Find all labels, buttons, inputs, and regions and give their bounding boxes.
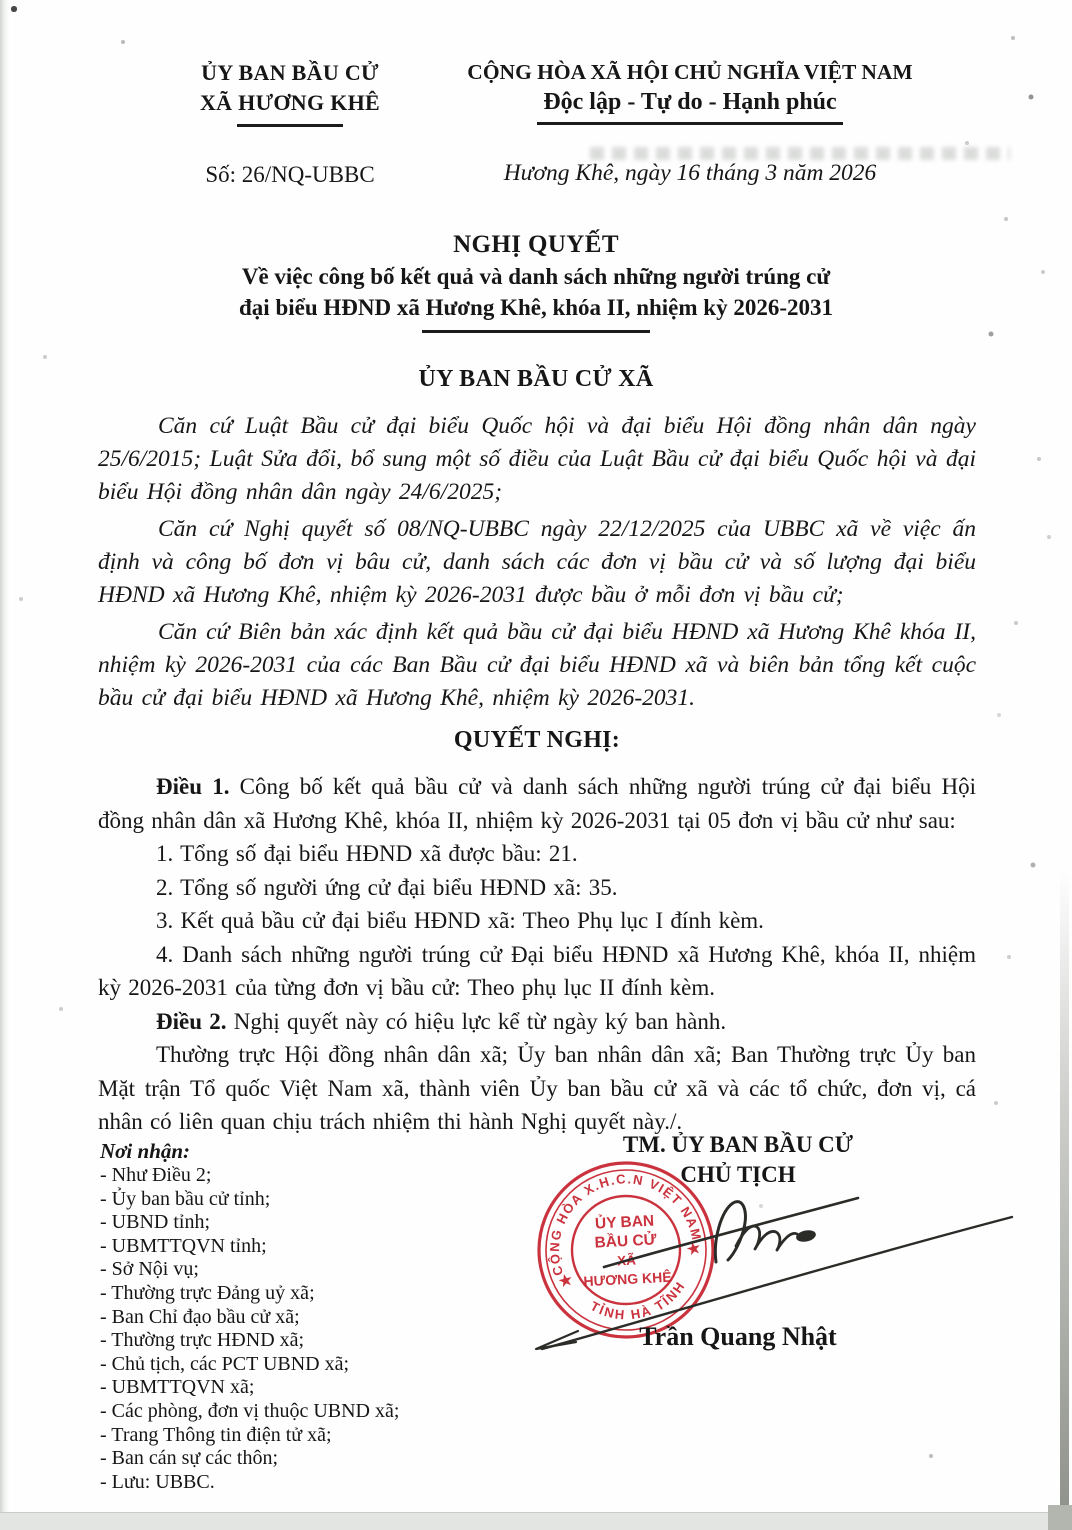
preamble-paragraph: Căn cứ Luật Bầu cử đại biểu Quốc hội và … — [98, 410, 976, 509]
document-number: Số: 26/NQ-UBBC — [150, 162, 430, 188]
issuing-authority: ỦY BAN BẦU CỬ XÃ — [116, 366, 956, 393]
article-1-label: Điều 1. — [156, 774, 229, 799]
document-page: ỦY BAN BẦU CỬ XÃ HƯƠNG KHÊ Số: 26/NQ-UBB… — [0, 0, 1072, 1530]
page-bottom-edge — [0, 1512, 1072, 1530]
recipient-item: - Thường trực HĐND xã; — [100, 1329, 520, 1353]
subject-line1: Về việc công bố kết quả và danh sách nhữ… — [116, 261, 956, 292]
subject-line2: đại biểu HĐND xã Hương Khê, khóa II, nhi… — [116, 292, 956, 323]
article-1-item: 4. Danh sách những người trúng cử Đại bi… — [98, 938, 976, 1005]
preamble-paragraph: Căn cứ Nghị quyết số 08/NQ-UBBC ngày 22/… — [98, 513, 976, 612]
recipient-item: - Ban cán sự các thôn; — [100, 1447, 520, 1471]
recipient-item: - Trang Thông tin điện tử xã; — [100, 1424, 520, 1448]
preamble-paragraph: Căn cứ Biên bản xác định kết quả bầu cử … — [98, 616, 976, 715]
recipient-item: - UBMTTQVN tỉnh; — [100, 1235, 520, 1259]
recipient-item: - Chủ tịch, các PCT UBND xã; — [100, 1353, 520, 1377]
page-left-edge-shadow — [0, 0, 9, 1530]
recipient-item: - Lưu: UBBC. — [100, 1471, 520, 1495]
page-bottom-corner — [1048, 1505, 1072, 1530]
recipient-item: - Ủy ban bầu cử tỉnh; — [100, 1188, 520, 1212]
title-underline — [422, 330, 650, 333]
recipient-item: - Thường trực Đảng uỷ xã; — [100, 1282, 520, 1306]
article-2: Điều 2. Nghị quyết này có hiệu lực kể từ… — [98, 1005, 976, 1039]
title-block: NGHỊ QUYẾT Về việc công bố kết quả và da… — [116, 228, 956, 333]
implementation-paragraph: Thường trực Hội đồng nhân dân xã; Ủy ban… — [98, 1038, 976, 1139]
issuer-name-line2: XÃ HƯƠNG KHÊ — [150, 88, 430, 118]
page-right-edge-shadow — [1060, 870, 1069, 1512]
issuer-block: ỦY BAN BẦU CỬ XÃ HƯƠNG KHÊ — [150, 58, 430, 127]
recipient-item: - Các phòng, đơn vị thuộc UBND xã; — [100, 1400, 520, 1424]
national-motto: Độc lập - Tự do - Hạnh phúc — [440, 86, 940, 118]
recipient-item: - Sở Nội vụ; — [100, 1258, 520, 1282]
national-title: CỘNG HÒA XÃ HỘI CHỦ NGHĨA VIỆT NAM — [440, 58, 940, 86]
article-2-label: Điều 2. — [156, 1009, 227, 1034]
issuer-underline — [237, 124, 343, 127]
article-2-text: Nghị quyết này có hiệu lực kể từ ngày ký… — [227, 1009, 727, 1034]
article-1-item: 2. Tổng số người ứng cử đại biểu HĐND xã… — [98, 871, 976, 905]
recipient-item: - UBMTTQVN xã; — [100, 1376, 520, 1400]
article-1-text: Công bố kết quả bầu cử và danh sách nhữn… — [98, 774, 976, 833]
document-type: NGHỊ QUYẾT — [116, 228, 956, 261]
article-1-item: 1. Tổng số đại biểu HĐND xã được bầu: 21… — [98, 837, 976, 871]
issuer-name-line1: ỦY BAN BẦU CỬ — [150, 58, 430, 88]
national-motto-block: CỘNG HÒA XÃ HỘI CHỦ NGHĨA VIỆT NAM Độc l… — [440, 58, 940, 125]
recipient-item: - Ban Chỉ đạo bầu cử xã; — [100, 1306, 520, 1330]
recipient-item: - UBND tỉnh; — [100, 1211, 520, 1235]
recipients-block: Nơi nhận: - Như Điều 2; - Ủy ban bầu cử … — [100, 1138, 520, 1494]
signer-name: Trần Quang Nhật — [528, 1322, 948, 1352]
article-1-item: 3. Kết quả bầu cử đại biểu HĐND xã: Theo… — [98, 904, 976, 938]
document-body: Căn cứ Luật Bầu cử đại biểu Quốc hội và … — [98, 410, 976, 1139]
resolution-heading: QUYẾT NGHỊ: — [98, 727, 976, 754]
recipients-label: Nơi nhận: — [100, 1138, 520, 1164]
place-date-line: Hương Khê, ngày 16 tháng 3 năm 2026 — [440, 160, 940, 187]
recipient-item: - Như Điều 2; — [100, 1164, 520, 1188]
motto-underline — [537, 122, 843, 125]
article-1: Điều 1. Công bố kết quả bầu cử và danh s… — [98, 770, 976, 837]
bleed-through-artifact — [590, 147, 1010, 160]
